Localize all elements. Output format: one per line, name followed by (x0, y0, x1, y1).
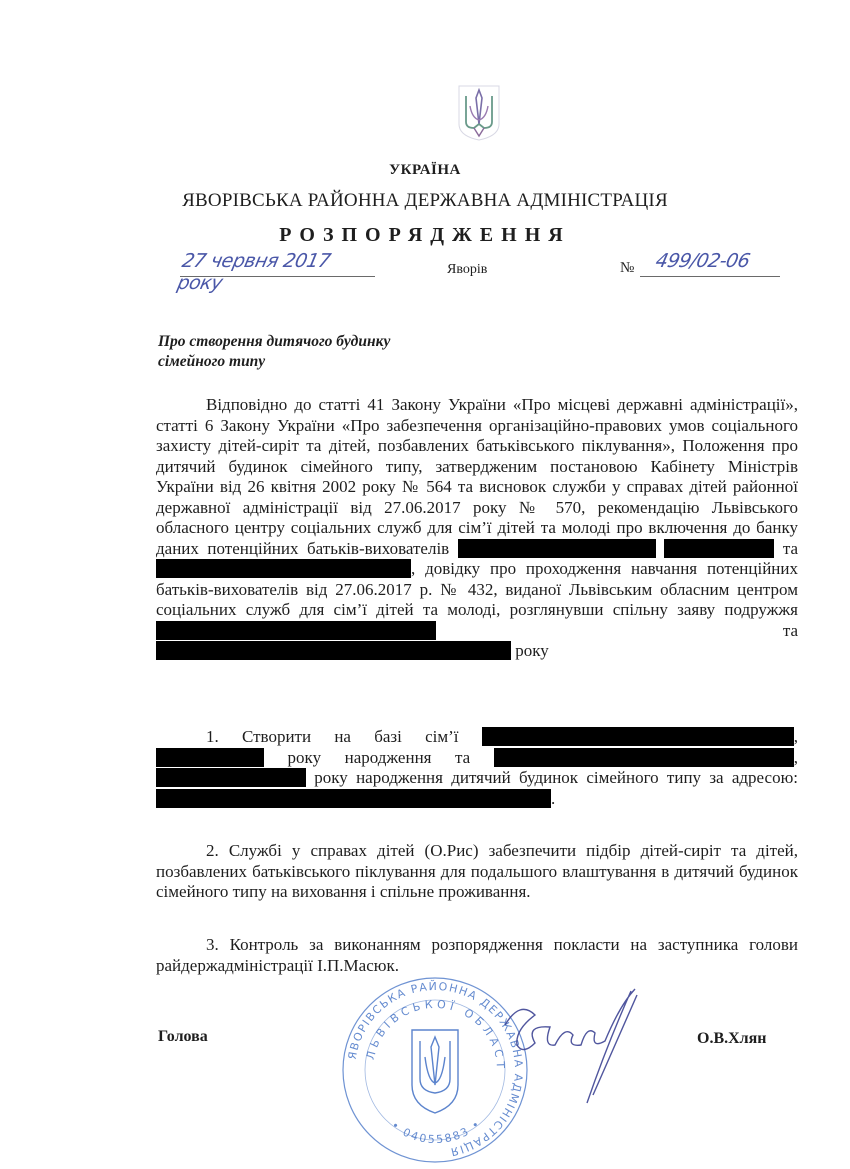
item-text: , (794, 727, 798, 746)
redaction-block (482, 727, 794, 746)
handwritten-date: 27 червня 2017 року (175, 250, 379, 294)
subject-line-2: сімейного типу (158, 352, 390, 372)
item-1: 1. Створити на базі сім’ї , року народже… (156, 727, 798, 809)
item-text: 1. Створити на базі сім’ї (206, 727, 459, 746)
item-3: 3. Контроль за виконанням розпорядження … (156, 935, 798, 976)
redaction-block (156, 768, 306, 787)
city-label: Яворів (447, 262, 487, 278)
redaction-block (156, 641, 511, 660)
document-subject: Про створення дитячого будинку сімейного… (158, 332, 390, 372)
preamble-text: та (783, 539, 798, 558)
item-2: 2. Службі у справах дітей (О.Рис) забезп… (156, 841, 798, 903)
redaction-block (156, 621, 436, 640)
signatory-position: Голова (158, 1028, 208, 1046)
subject-line-1: Про створення дитячого будинку (158, 332, 390, 352)
item-text: року народження та (288, 748, 471, 767)
redaction-block (156, 559, 411, 578)
item-text: . (551, 789, 555, 808)
handwritten-signature (495, 985, 645, 1110)
redaction-block (494, 748, 794, 767)
redaction-block (156, 748, 264, 767)
signatory-name: О.В.Хлян (697, 1030, 767, 1048)
item-text: року народження дитячий будинок сімейног… (314, 768, 798, 787)
preamble-text: та (783, 621, 798, 640)
preamble-text: року (515, 641, 549, 660)
number-label: № (620, 260, 634, 277)
preamble-text: Відповідно до статті 41 Закону України «… (156, 395, 798, 558)
document-number-field: 499/02-06 (640, 250, 780, 277)
handwritten-number: 499/02-06 (654, 250, 752, 272)
preamble-paragraph: Відповідно до статті 41 Закону України «… (156, 395, 798, 662)
document-type-title: РОЗПОРЯДЖЕННЯ (0, 224, 850, 247)
trident-icon (456, 84, 502, 142)
redaction-block (156, 789, 551, 808)
redaction-block (664, 539, 774, 558)
redaction-block (458, 539, 656, 558)
country-heading: УКРАЇНА (0, 162, 850, 179)
document-date-field: 27 червня 2017 року (180, 250, 375, 277)
organization-heading: ЯВОРІВСЬКА РАЙОННА ДЕРЖАВНА АДМІНІСТРАЦІ… (0, 190, 850, 212)
item-text: , (794, 748, 798, 767)
